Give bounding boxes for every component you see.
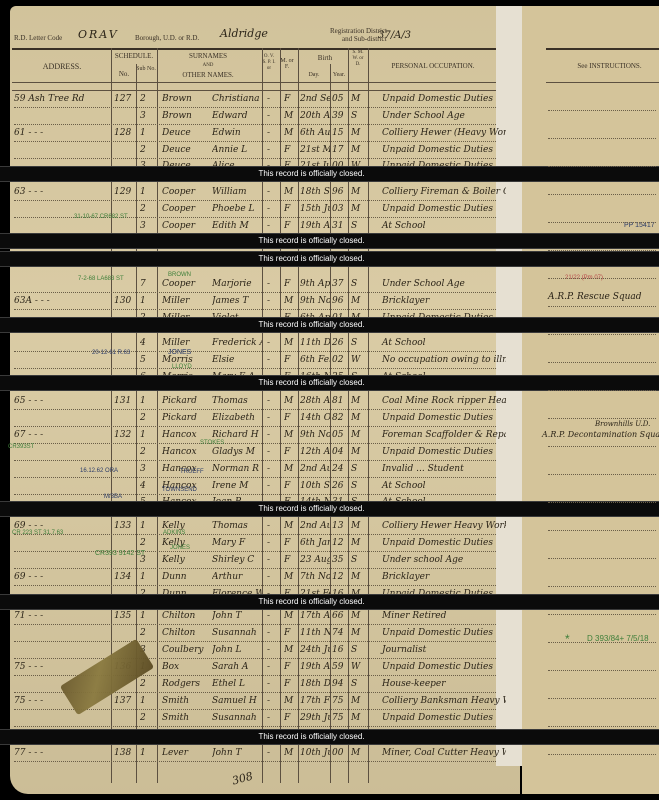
cell-occupation: Colliery Hewer (Heavy Worker) bbox=[372, 128, 506, 138]
cell-name: Thomas bbox=[212, 521, 262, 531]
cell-o: - bbox=[267, 538, 277, 548]
cell-surname: Dunn bbox=[162, 572, 210, 582]
cell-day: 17th Feb bbox=[300, 696, 330, 706]
cell-sex: M bbox=[284, 396, 296, 406]
cell-year: 31 bbox=[332, 221, 348, 231]
cell-o: - bbox=[267, 204, 277, 214]
closed-record-text: This record is officially closed. bbox=[258, 597, 364, 606]
cell-sched: 131 bbox=[114, 396, 136, 406]
cell-sub: 2 bbox=[140, 94, 154, 104]
cell-name: Phoebe L bbox=[212, 204, 262, 214]
cell-o: - bbox=[267, 481, 277, 491]
row-rule bbox=[14, 141, 496, 142]
cell-status: M bbox=[351, 538, 366, 548]
cell-name: Annie L bbox=[212, 145, 262, 155]
cell-day: 29th June bbox=[300, 713, 330, 723]
cell-status: W bbox=[351, 355, 366, 365]
cell-o: - bbox=[267, 696, 277, 706]
cell-name: Norman R bbox=[212, 464, 262, 474]
cell-surname: Box bbox=[162, 662, 210, 672]
annotation: PP 15417 bbox=[624, 222, 655, 229]
cell-status: M bbox=[351, 572, 366, 582]
instructions-rule bbox=[548, 390, 656, 391]
cell-o: - bbox=[267, 447, 277, 457]
instructions-rule bbox=[548, 334, 656, 335]
cell-sub: 1 bbox=[140, 296, 154, 306]
cell-day: 2nd Aug bbox=[300, 521, 330, 531]
cell-day: 14th Oct bbox=[300, 413, 330, 423]
row-rule bbox=[14, 309, 496, 310]
cell-sub: 1 bbox=[140, 572, 154, 582]
annotation: 20-12-61 R.63 bbox=[92, 350, 130, 356]
cell-year: 12 bbox=[332, 572, 348, 582]
cell-surname: Coulbery bbox=[162, 645, 210, 655]
cell-year: 26 bbox=[332, 338, 348, 348]
cell-sched: 135 bbox=[114, 611, 136, 621]
cell-status: M bbox=[351, 521, 366, 531]
cell-status: S bbox=[351, 481, 366, 491]
annotation: CR393 9142 ST bbox=[95, 550, 145, 557]
instructions-rule bbox=[548, 614, 656, 615]
cell-year: 96 bbox=[332, 187, 348, 197]
row-rule bbox=[14, 624, 496, 625]
cell-occupation: Under school Age bbox=[372, 555, 506, 565]
closed-record-bar: This record is officially closed. bbox=[0, 594, 659, 610]
cell-surname: Smith bbox=[162, 713, 210, 723]
cell-status: S bbox=[351, 111, 366, 121]
cell-sub: 7 bbox=[140, 279, 154, 289]
cell-status: S bbox=[351, 221, 366, 231]
cell-sex: M bbox=[284, 748, 296, 758]
cell-o: - bbox=[267, 645, 277, 655]
cell-sex: M bbox=[284, 111, 296, 121]
cell-name: Edward bbox=[212, 111, 262, 121]
cell-year: 04 bbox=[332, 447, 348, 457]
col-surnames: SURNAMES bbox=[158, 52, 258, 60]
annotation: TRUEFF bbox=[180, 469, 204, 475]
closed-record-bar: This record is officially closed. bbox=[0, 166, 659, 182]
col-ovspi: O. V. S. P. I. or bbox=[262, 54, 276, 72]
cell-o: - bbox=[267, 555, 277, 565]
cell-sched: 134 bbox=[114, 572, 136, 582]
cell-sex: F bbox=[284, 447, 296, 457]
cell-address: 71 - - - bbox=[14, 611, 110, 621]
cell-day: 19th Aug bbox=[300, 662, 330, 672]
cell-name: Sarah A bbox=[212, 662, 262, 672]
header-divider bbox=[12, 82, 496, 83]
cell-occupation: Colliery Fireman & Boiler Changer bbox=[372, 187, 506, 197]
cell-day: 7th Nov bbox=[300, 572, 330, 582]
col-marital: S. M. W. or D. bbox=[350, 50, 366, 68]
cell-sched: 137 bbox=[114, 696, 136, 706]
cell-status: S bbox=[351, 279, 366, 289]
cell-status: M bbox=[351, 128, 366, 138]
cell-occupation: Unpaid Domestic Duties bbox=[372, 713, 506, 723]
col-schedule-sub: Sub No. bbox=[136, 66, 156, 72]
cell-name: Christiana bbox=[212, 94, 262, 104]
cell-status: M bbox=[351, 696, 366, 706]
cell-o: - bbox=[267, 521, 277, 531]
col-surnames-and: AND bbox=[158, 63, 258, 68]
cell-name: John L bbox=[212, 645, 262, 655]
cell-surname: Chilton bbox=[162, 628, 210, 638]
annotation: STOKES bbox=[200, 440, 224, 446]
right-header-divider bbox=[546, 82, 659, 83]
instructions-rule bbox=[548, 306, 656, 307]
annotation: BROWN bbox=[168, 272, 191, 278]
closed-record-text: This record is officially closed. bbox=[258, 169, 364, 178]
cell-status: M bbox=[351, 611, 366, 621]
cell-occupation: Invalid ... Student bbox=[372, 464, 506, 474]
cell-sub: 3 bbox=[140, 221, 154, 231]
cell-surname: Hancox bbox=[162, 447, 210, 457]
cell-o: - bbox=[267, 430, 277, 440]
cell-year: 96 bbox=[332, 296, 348, 306]
cell-sub: 2 bbox=[140, 145, 154, 155]
row-rule bbox=[14, 761, 496, 762]
cell-sex: F bbox=[284, 555, 296, 565]
cell-sex: F bbox=[284, 481, 296, 491]
instructions-rule bbox=[548, 502, 656, 503]
instructions-rule bbox=[548, 698, 656, 699]
cell-year: 75 bbox=[332, 713, 348, 723]
cell-surname: Deuce bbox=[162, 145, 210, 155]
cell-name: Susannah bbox=[212, 713, 262, 723]
instructions-rule bbox=[548, 446, 656, 447]
cell-o: - bbox=[267, 662, 277, 672]
registration-value: 37/A/3 bbox=[378, 30, 411, 41]
cell-day: 9th April bbox=[300, 279, 330, 289]
cell-o: - bbox=[267, 748, 277, 758]
cell-o: - bbox=[267, 713, 277, 723]
cell-occupation: Unpaid Domestic Duties bbox=[372, 628, 506, 638]
cell-year: 05 bbox=[332, 94, 348, 104]
cell-surname: Brown bbox=[162, 111, 210, 121]
closed-record-text: This record is officially closed. bbox=[258, 732, 364, 741]
row-rule bbox=[14, 726, 496, 727]
annotation-occupation-note: A.R.P. Decontamination Squad bbox=[542, 430, 659, 439]
cell-occupation: Unpaid Domestic Duties bbox=[372, 662, 506, 672]
cell-o: - bbox=[267, 279, 277, 289]
cell-year: 26 bbox=[332, 481, 348, 491]
cell-day: 9th Nov bbox=[300, 430, 330, 440]
cell-day: 20th April bbox=[300, 111, 330, 121]
cell-year: 75 bbox=[332, 696, 348, 706]
cell-name: John T bbox=[212, 611, 262, 621]
row-rule bbox=[14, 568, 496, 569]
instructions-rule bbox=[548, 194, 656, 195]
row-rule bbox=[14, 292, 496, 293]
cell-year: 13 bbox=[332, 521, 348, 531]
row-rule bbox=[14, 200, 496, 201]
cell-occupation: Unpaid Domestic Duties bbox=[372, 145, 506, 155]
cell-occupation: House-keeper bbox=[372, 679, 506, 689]
cell-o: - bbox=[267, 145, 277, 155]
instructions-rule bbox=[548, 166, 656, 167]
cell-sub: 1 bbox=[140, 748, 154, 758]
annotation: ADKINS bbox=[163, 530, 185, 536]
cell-name: Gladys M bbox=[212, 447, 262, 457]
row-rule bbox=[14, 551, 496, 552]
cell-status: M bbox=[351, 447, 366, 457]
row-rule bbox=[14, 124, 496, 125]
cell-sub: 2 bbox=[140, 447, 154, 457]
cell-status: S bbox=[351, 679, 366, 689]
cell-sex: F bbox=[284, 679, 296, 689]
cell-status: M bbox=[351, 187, 366, 197]
cell-occupation: Foreman Scaffolder & Repair Worker bbox=[372, 430, 506, 440]
closed-record-text: This record is officially closed. bbox=[258, 254, 364, 263]
cell-status: M bbox=[351, 430, 366, 440]
cell-sub: 1 bbox=[140, 430, 154, 440]
cell-o: - bbox=[267, 628, 277, 638]
annotation: CR 223 ST 31.7.63 bbox=[12, 530, 63, 536]
closed-record-bar: This record is officially closed. bbox=[0, 233, 659, 249]
cell-day: 28th April bbox=[300, 396, 330, 406]
closed-record-bar: This record is officially closed. bbox=[0, 501, 659, 517]
cell-sched: 132 bbox=[114, 430, 136, 440]
annotation: M/3BA bbox=[104, 494, 122, 500]
cell-sub: 4 bbox=[140, 338, 154, 348]
row-rule bbox=[14, 443, 496, 444]
cell-o: - bbox=[267, 572, 277, 582]
cell-sub: 1 bbox=[140, 696, 154, 706]
cell-surname: Chilton bbox=[162, 611, 210, 621]
cell-sex: F bbox=[284, 413, 296, 423]
row-rule bbox=[14, 158, 496, 159]
cell-day: 19th Aug bbox=[300, 221, 330, 231]
cell-address: 63A - - - bbox=[14, 296, 110, 306]
asterisk-mark: * bbox=[565, 632, 570, 646]
cell-status: M bbox=[351, 396, 366, 406]
instructions-rule bbox=[548, 726, 656, 727]
cell-occupation: Unpaid Domestic Duties bbox=[372, 447, 506, 457]
closed-record-text: This record is officially closed. bbox=[258, 320, 364, 329]
cell-occupation: Unpaid Domestic Duties bbox=[372, 538, 506, 548]
rd-letter-code-value: ORAV bbox=[78, 28, 119, 41]
cell-year: 00 bbox=[332, 748, 348, 758]
instructions-rule bbox=[548, 530, 656, 531]
cell-status: M bbox=[351, 628, 366, 638]
cell-name: Edith M bbox=[212, 221, 262, 231]
cell-sub: 2 bbox=[140, 628, 154, 638]
cell-sex: M bbox=[284, 187, 296, 197]
cell-sched: 138 bbox=[114, 748, 136, 758]
cell-surname: Kelly bbox=[162, 555, 210, 565]
cell-surname: Cooper bbox=[162, 204, 210, 214]
cell-year: 16 bbox=[332, 645, 348, 655]
col-schedule-no: No. bbox=[112, 70, 136, 78]
cell-sub: 3 bbox=[140, 111, 154, 121]
cell-o: - bbox=[267, 187, 277, 197]
cell-year: 94 bbox=[332, 679, 348, 689]
annotation-occupation-note: Brownhills U.D. bbox=[595, 420, 650, 428]
col-other-names: OTHER NAMES. bbox=[158, 71, 258, 79]
cell-sched: 133 bbox=[114, 521, 136, 531]
cell-sex: M bbox=[284, 296, 296, 306]
cell-sub: 2 bbox=[140, 679, 154, 689]
cell-address: 77 - - - bbox=[14, 748, 110, 758]
right-facing-page bbox=[522, 6, 659, 794]
cell-day: 17th Aug bbox=[300, 611, 330, 621]
cell-o: - bbox=[267, 296, 277, 306]
cell-sex: M bbox=[284, 572, 296, 582]
cell-occupation: Unpaid Domestic Duties bbox=[372, 94, 506, 104]
instructions-rule bbox=[548, 474, 656, 475]
cell-name: Elizabeth bbox=[212, 413, 262, 423]
col-year: Year. bbox=[330, 72, 348, 78]
cell-name: Ethel L bbox=[212, 679, 262, 689]
cell-occupation: At School bbox=[372, 481, 506, 491]
cell-o: - bbox=[267, 221, 277, 231]
cell-sex: F bbox=[284, 628, 296, 638]
cell-sex: M bbox=[284, 338, 296, 348]
cell-sex: M bbox=[284, 645, 296, 655]
annotation: JONES bbox=[168, 349, 191, 356]
cell-day: 6th Feb bbox=[300, 355, 330, 365]
cell-occupation: Colliery Banksman Heavy Worker bbox=[372, 696, 506, 706]
cell-day: 23 Aug bbox=[300, 555, 330, 565]
annotation: 7-2-68 LA683 ST bbox=[78, 276, 124, 282]
cell-surname: Smith bbox=[162, 696, 210, 706]
cell-occupation: Bricklayer bbox=[372, 296, 506, 306]
closed-record-text: This record is officially closed. bbox=[258, 236, 364, 245]
cell-day: 2nd Sept bbox=[300, 94, 330, 104]
cell-surname: Deuce bbox=[162, 128, 210, 138]
cell-o: - bbox=[267, 679, 277, 689]
annotation: CR393ST bbox=[8, 444, 34, 450]
cell-sub: 2 bbox=[140, 204, 154, 214]
cell-name: John T bbox=[212, 748, 262, 758]
cell-year: 66 bbox=[332, 611, 348, 621]
cell-sex: F bbox=[284, 662, 296, 672]
row-rule bbox=[14, 368, 496, 369]
cell-name: Mary F bbox=[212, 538, 262, 548]
cell-o: - bbox=[267, 111, 277, 121]
cell-occupation: Miner, Coal Cutter Heavy Worker bbox=[372, 748, 506, 758]
cell-occupation: Unpaid Domestic Duties bbox=[372, 413, 506, 423]
instructions-rule bbox=[548, 586, 656, 587]
annotation: 31-10-67 CR682 ST bbox=[74, 214, 128, 220]
cell-name: Samuel H bbox=[212, 696, 262, 706]
cell-status: S bbox=[351, 555, 366, 565]
cell-sub: 5 bbox=[140, 355, 154, 365]
cell-sub: 1 bbox=[140, 611, 154, 621]
cell-surname: Brown bbox=[162, 94, 210, 104]
instructions-rule bbox=[548, 278, 656, 279]
cell-year: 74 bbox=[332, 628, 348, 638]
cell-o: - bbox=[267, 355, 277, 365]
closed-record-text: This record is officially closed. bbox=[258, 378, 364, 387]
instructions-rule bbox=[548, 558, 656, 559]
cell-day: 21st Mar bbox=[300, 145, 330, 155]
cell-status: M bbox=[351, 145, 366, 155]
cell-sex: M bbox=[284, 464, 296, 474]
cell-o: - bbox=[267, 413, 277, 423]
cell-name: Elsie bbox=[212, 355, 262, 365]
closed-record-bar: This record is officially closed. bbox=[0, 251, 659, 267]
row-rule bbox=[14, 494, 496, 495]
borough-value: Aldridge bbox=[220, 27, 268, 40]
instructions-rule bbox=[548, 110, 656, 111]
cell-day: 6th Jan bbox=[300, 538, 330, 548]
cell-sex: F bbox=[284, 221, 296, 231]
cell-address: 63 - - - bbox=[14, 187, 110, 197]
cell-sex: F bbox=[284, 279, 296, 289]
cell-occupation: No occupation owing to illness bbox=[372, 355, 506, 365]
cell-name: Arthur bbox=[212, 572, 262, 582]
cell-o: - bbox=[267, 464, 277, 474]
cell-occupation: Unpaid Domestic Duties bbox=[372, 204, 506, 214]
cell-year: 24 bbox=[332, 464, 348, 474]
cell-sched: 127 bbox=[114, 94, 136, 104]
cell-year: 02 bbox=[332, 355, 348, 365]
cell-year: 59 bbox=[332, 662, 348, 672]
col-birth: Birth bbox=[300, 54, 350, 62]
cell-o: - bbox=[267, 611, 277, 621]
cell-status: S bbox=[351, 464, 366, 474]
instructions-rule bbox=[548, 222, 656, 223]
rd-letter-code-label: R.D. Letter Code bbox=[14, 34, 62, 42]
cell-status: M bbox=[351, 296, 366, 306]
cell-status: M bbox=[351, 748, 366, 758]
cell-sub: 1 bbox=[140, 187, 154, 197]
instructions-rule bbox=[548, 642, 656, 643]
annotation: TOWNSEND bbox=[162, 487, 197, 493]
cell-occupation: Colliery Hewer Heavy Worker bbox=[372, 521, 506, 531]
cell-sex: F bbox=[284, 145, 296, 155]
cell-sub: 2 bbox=[140, 538, 154, 548]
cell-sex: M bbox=[284, 521, 296, 531]
cell-surname: Lever bbox=[162, 748, 210, 758]
header-rule bbox=[12, 48, 496, 50]
instructions-rule bbox=[548, 670, 656, 671]
cell-name: Irene M bbox=[212, 481, 262, 491]
col-sex: M. or F. bbox=[280, 58, 294, 70]
cell-status: W bbox=[351, 662, 366, 672]
annotation: JONES bbox=[170, 545, 190, 551]
cell-sex: M bbox=[284, 430, 296, 440]
cell-day: 10th Sept bbox=[300, 481, 330, 491]
cell-sub: 3 bbox=[140, 464, 154, 474]
row-rule bbox=[14, 351, 496, 352]
cell-status: M bbox=[351, 713, 366, 723]
cell-name: Susannah bbox=[212, 628, 262, 638]
cell-day: 18th Sept bbox=[300, 187, 330, 197]
cell-name: William bbox=[212, 187, 262, 197]
cell-status: M bbox=[351, 413, 366, 423]
row-rule bbox=[14, 585, 496, 586]
cell-name: Richard H bbox=[212, 430, 262, 440]
cell-surname: Cooper bbox=[162, 187, 210, 197]
cell-occupation: Under School Age bbox=[372, 279, 506, 289]
row-rule bbox=[14, 107, 496, 108]
cell-o: - bbox=[267, 94, 277, 104]
cell-status: S bbox=[351, 338, 366, 348]
cell-sex: F bbox=[284, 355, 296, 365]
cell-year: 05 bbox=[332, 430, 348, 440]
cell-o: - bbox=[267, 396, 277, 406]
cell-year: 35 bbox=[332, 555, 348, 565]
cell-day: 10th June bbox=[300, 748, 330, 758]
cell-day: 12th Aug bbox=[300, 447, 330, 457]
cell-occupation: Miner Retired bbox=[372, 611, 506, 621]
cell-occupation: Under School Age bbox=[372, 111, 506, 121]
cell-year: 37 bbox=[332, 279, 348, 289]
cell-year: 12 bbox=[332, 538, 348, 548]
closed-record-bar: This record is officially closed. bbox=[0, 317, 659, 333]
col-day: Day. bbox=[300, 72, 328, 78]
